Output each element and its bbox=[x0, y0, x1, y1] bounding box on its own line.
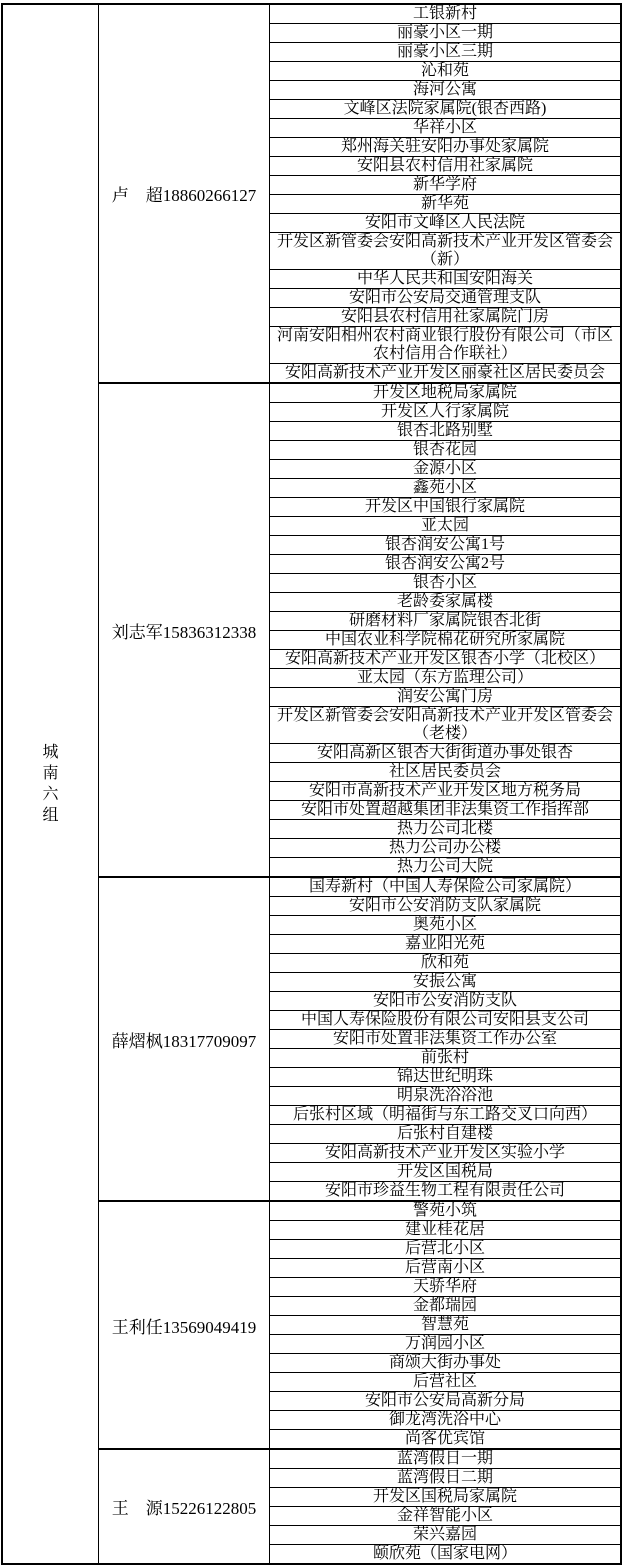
community-cell: 海河公寓 bbox=[270, 80, 620, 99]
community-cell: 后张村区域（明福街与东工路交叉口向西） bbox=[270, 1105, 620, 1124]
contact-group: 刘志军15836312338开发区地税局家属院开发区人行家属院银杏北路别墅银杏花… bbox=[99, 382, 620, 876]
community-cell: 欣和苑 bbox=[270, 953, 620, 972]
community-list: 蓝湾假日一期蓝湾假日二期开发区国税局家属院金祥智能小区荣兴嘉园颐欣苑（国家电网） bbox=[270, 1450, 620, 1563]
community-cell: 警苑小筑 bbox=[270, 1202, 620, 1220]
community-cell: 安阳市公安局交通管理支队 bbox=[270, 288, 620, 307]
community-cell: 丽豪小区一期 bbox=[270, 23, 620, 42]
community-list: 警苑小筑建业桂花居后营北小区后营南小区天骄华府金都瑞园智慧苑万润园小区商颂大街办… bbox=[270, 1202, 620, 1448]
community-cell: 蓝湾假日一期 bbox=[270, 1450, 620, 1468]
community-cell: 国寿新村（中国人寿保险公司家属院） bbox=[270, 878, 620, 896]
community-cell: 锦达世纪明珠 bbox=[270, 1067, 620, 1086]
group-name: 城南六组 bbox=[42, 742, 60, 826]
community-cell: 亚太园 bbox=[270, 516, 620, 535]
community-cell: 热力公司办公楼 bbox=[270, 838, 620, 857]
community-cell: 商颂大街办事处 bbox=[270, 1353, 620, 1372]
contact-cell: 卢 超18860266127 bbox=[99, 5, 270, 382]
community-cell: 安阳县农村信用社家属院 bbox=[270, 156, 620, 175]
community-cell: 开发区中国银行家属院 bbox=[270, 497, 620, 516]
community-cell: 安阳市公安消防支队 bbox=[270, 991, 620, 1010]
community-cell: 工银新村 bbox=[270, 5, 620, 23]
community-cell: 中国人寿保险股份有限公司安阳县支公司 bbox=[270, 1010, 620, 1029]
community-cell: 安阳县农村信用社家属院门房 bbox=[270, 307, 620, 326]
contact-cell: 刘志军15836312338 bbox=[99, 384, 270, 876]
group-name-cell: 城南六组 bbox=[3, 5, 99, 1563]
community-cell: 鑫苑小区 bbox=[270, 478, 620, 497]
community-cell: 安阳市文峰区人民法院 bbox=[270, 213, 620, 232]
community-cell: 丽豪小区三期 bbox=[270, 42, 620, 61]
community-cell: 新华学府 bbox=[270, 175, 620, 194]
community-cell: 智慧苑 bbox=[270, 1315, 620, 1334]
community-cell: 开发区国税局家属院 bbox=[270, 1487, 620, 1506]
community-cell: 银杏花园 bbox=[270, 440, 620, 459]
contact-group: 王利任13569049419警苑小筑建业桂花居后营北小区后营南小区天骄华府金都瑞… bbox=[99, 1200, 620, 1448]
community-cell: 安阳市处置非法集资工作办公室 bbox=[270, 1029, 620, 1048]
contact-cell: 薛熠枫18317709097 bbox=[99, 878, 270, 1200]
community-cell: 开发区人行家属院 bbox=[270, 402, 620, 421]
community-cell: 中华人民共和国安阳海关 bbox=[270, 269, 620, 288]
community-cell: 沁和苑 bbox=[270, 61, 620, 80]
community-cell: 明泉洗浴浴池 bbox=[270, 1086, 620, 1105]
community-cell: 万润园小区 bbox=[270, 1334, 620, 1353]
community-cell: 金祥智能小区 bbox=[270, 1506, 620, 1525]
contact-cell: 王 源15226122805 bbox=[99, 1450, 270, 1563]
community-cell: 后张村自建楼 bbox=[270, 1124, 620, 1143]
community-cell: 润安公寓门房 bbox=[270, 687, 620, 706]
community-cell: 奥苑小区 bbox=[270, 915, 620, 934]
community-list: 开发区地税局家属院开发区人行家属院银杏北路别墅银杏花园金源小区鑫苑小区开发区中国… bbox=[270, 384, 620, 876]
community-cell: 银杏小区 bbox=[270, 573, 620, 592]
community-cell: 研磨材料厂家属院银杏北街 bbox=[270, 611, 620, 630]
community-cell: 安阳市高新技术产业开发区地方税务局 bbox=[270, 781, 620, 800]
community-cell: 华祥小区 bbox=[270, 118, 620, 137]
community-cell: 开发区新管委会安阳高新技术产业开发区管委会（老楼） bbox=[270, 706, 620, 743]
community-cell: 银杏北路别墅 bbox=[270, 421, 620, 440]
community-cell: 御龙湾洗浴中心 bbox=[270, 1410, 620, 1429]
community-cell: 嘉业阳光苑 bbox=[270, 934, 620, 953]
community-cell: 天骄华府 bbox=[270, 1277, 620, 1296]
community-cell: 后营北小区 bbox=[270, 1239, 620, 1258]
community-cell: 亚太园（东方监理公司） bbox=[270, 668, 620, 687]
community-cell: 后营社区 bbox=[270, 1372, 620, 1391]
community-cell: 安阳高新区银杏大街街道办事处银杏 bbox=[270, 743, 620, 762]
community-cell: 郑州海关驻安阳办事处家属院 bbox=[270, 137, 620, 156]
contact-group: 卢 超18860266127工银新村丽豪小区一期丽豪小区三期沁和苑海河公寓文峰区… bbox=[99, 5, 620, 382]
community-cell: 尚客优宾馆 bbox=[270, 1429, 620, 1448]
community-cell: 银杏润安公寓2号 bbox=[270, 554, 620, 573]
community-cell: 开发区新管委会安阳高新技术产业开发区管委会（新） bbox=[270, 232, 620, 269]
community-cell: 文峰区法院家属院(银杏西路) bbox=[270, 99, 620, 118]
community-cell: 荣兴嘉园 bbox=[270, 1525, 620, 1544]
community-cell: 老龄委家属楼 bbox=[270, 592, 620, 611]
community-cell: 中国农业科学院棉花研究所家属院 bbox=[270, 630, 620, 649]
groups-container: 卢 超18860266127工银新村丽豪小区一期丽豪小区三期沁和苑海河公寓文峰区… bbox=[99, 5, 620, 1563]
community-cell: 河南安阳相州农村商业银行股份有限公司（市区农村信用合作联社） bbox=[270, 326, 620, 363]
contact-cell: 王利任13569049419 bbox=[99, 1202, 270, 1448]
community-cell: 安阳市公安局高新分局 bbox=[270, 1391, 620, 1410]
community-cell: 新华苑 bbox=[270, 194, 620, 213]
community-list: 国寿新村（中国人寿保险公司家属院）安阳市公安消防支队家属院奥苑小区嘉业阳光苑欣和… bbox=[270, 878, 620, 1200]
community-cell: 安阳市处置超越集团非法集资工作指挥部 bbox=[270, 800, 620, 819]
community-cell: 安阳高新技术产业开发区银杏小学（北校区） bbox=[270, 649, 620, 668]
community-cell: 安阳市珍益生物工程有限责任公司 bbox=[270, 1181, 620, 1200]
community-cell: 开发区国税局 bbox=[270, 1162, 620, 1181]
community-cell: 银杏润安公寓1号 bbox=[270, 535, 620, 554]
community-cell: 金都瑞园 bbox=[270, 1296, 620, 1315]
community-cell: 蓝湾假日二期 bbox=[270, 1468, 620, 1487]
contact-group: 薛熠枫18317709097国寿新村（中国人寿保险公司家属院）安阳市公安消防支队… bbox=[99, 876, 620, 1200]
community-cell: 安阳高新技术产业开发区实验小学 bbox=[270, 1143, 620, 1162]
community-cell: 社区居民委员会 bbox=[270, 762, 620, 781]
roster-table: 城南六组 卢 超18860266127工银新村丽豪小区一期丽豪小区三期沁和苑海河… bbox=[1, 3, 622, 1565]
community-cell: 建业桂花居 bbox=[270, 1220, 620, 1239]
community-cell: 安振公寓 bbox=[270, 972, 620, 991]
community-cell: 后营南小区 bbox=[270, 1258, 620, 1277]
community-cell: 开发区地税局家属院 bbox=[270, 384, 620, 402]
community-cell: 前张村 bbox=[270, 1048, 620, 1067]
community-cell: 安阳高新技术产业开发区丽豪社区居民委员会 bbox=[270, 363, 620, 382]
community-cell: 安阳市公安消防支队家属院 bbox=[270, 896, 620, 915]
contact-group: 王 源15226122805蓝湾假日一期蓝湾假日二期开发区国税局家属院金祥智能小… bbox=[99, 1448, 620, 1563]
community-cell: 金源小区 bbox=[270, 459, 620, 478]
community-cell: 颐欣苑（国家电网） bbox=[270, 1544, 620, 1563]
community-cell: 热力公司大院 bbox=[270, 857, 620, 876]
community-cell: 热力公司北楼 bbox=[270, 819, 620, 838]
community-list: 工银新村丽豪小区一期丽豪小区三期沁和苑海河公寓文峰区法院家属院(银杏西路)华祥小… bbox=[270, 5, 620, 382]
